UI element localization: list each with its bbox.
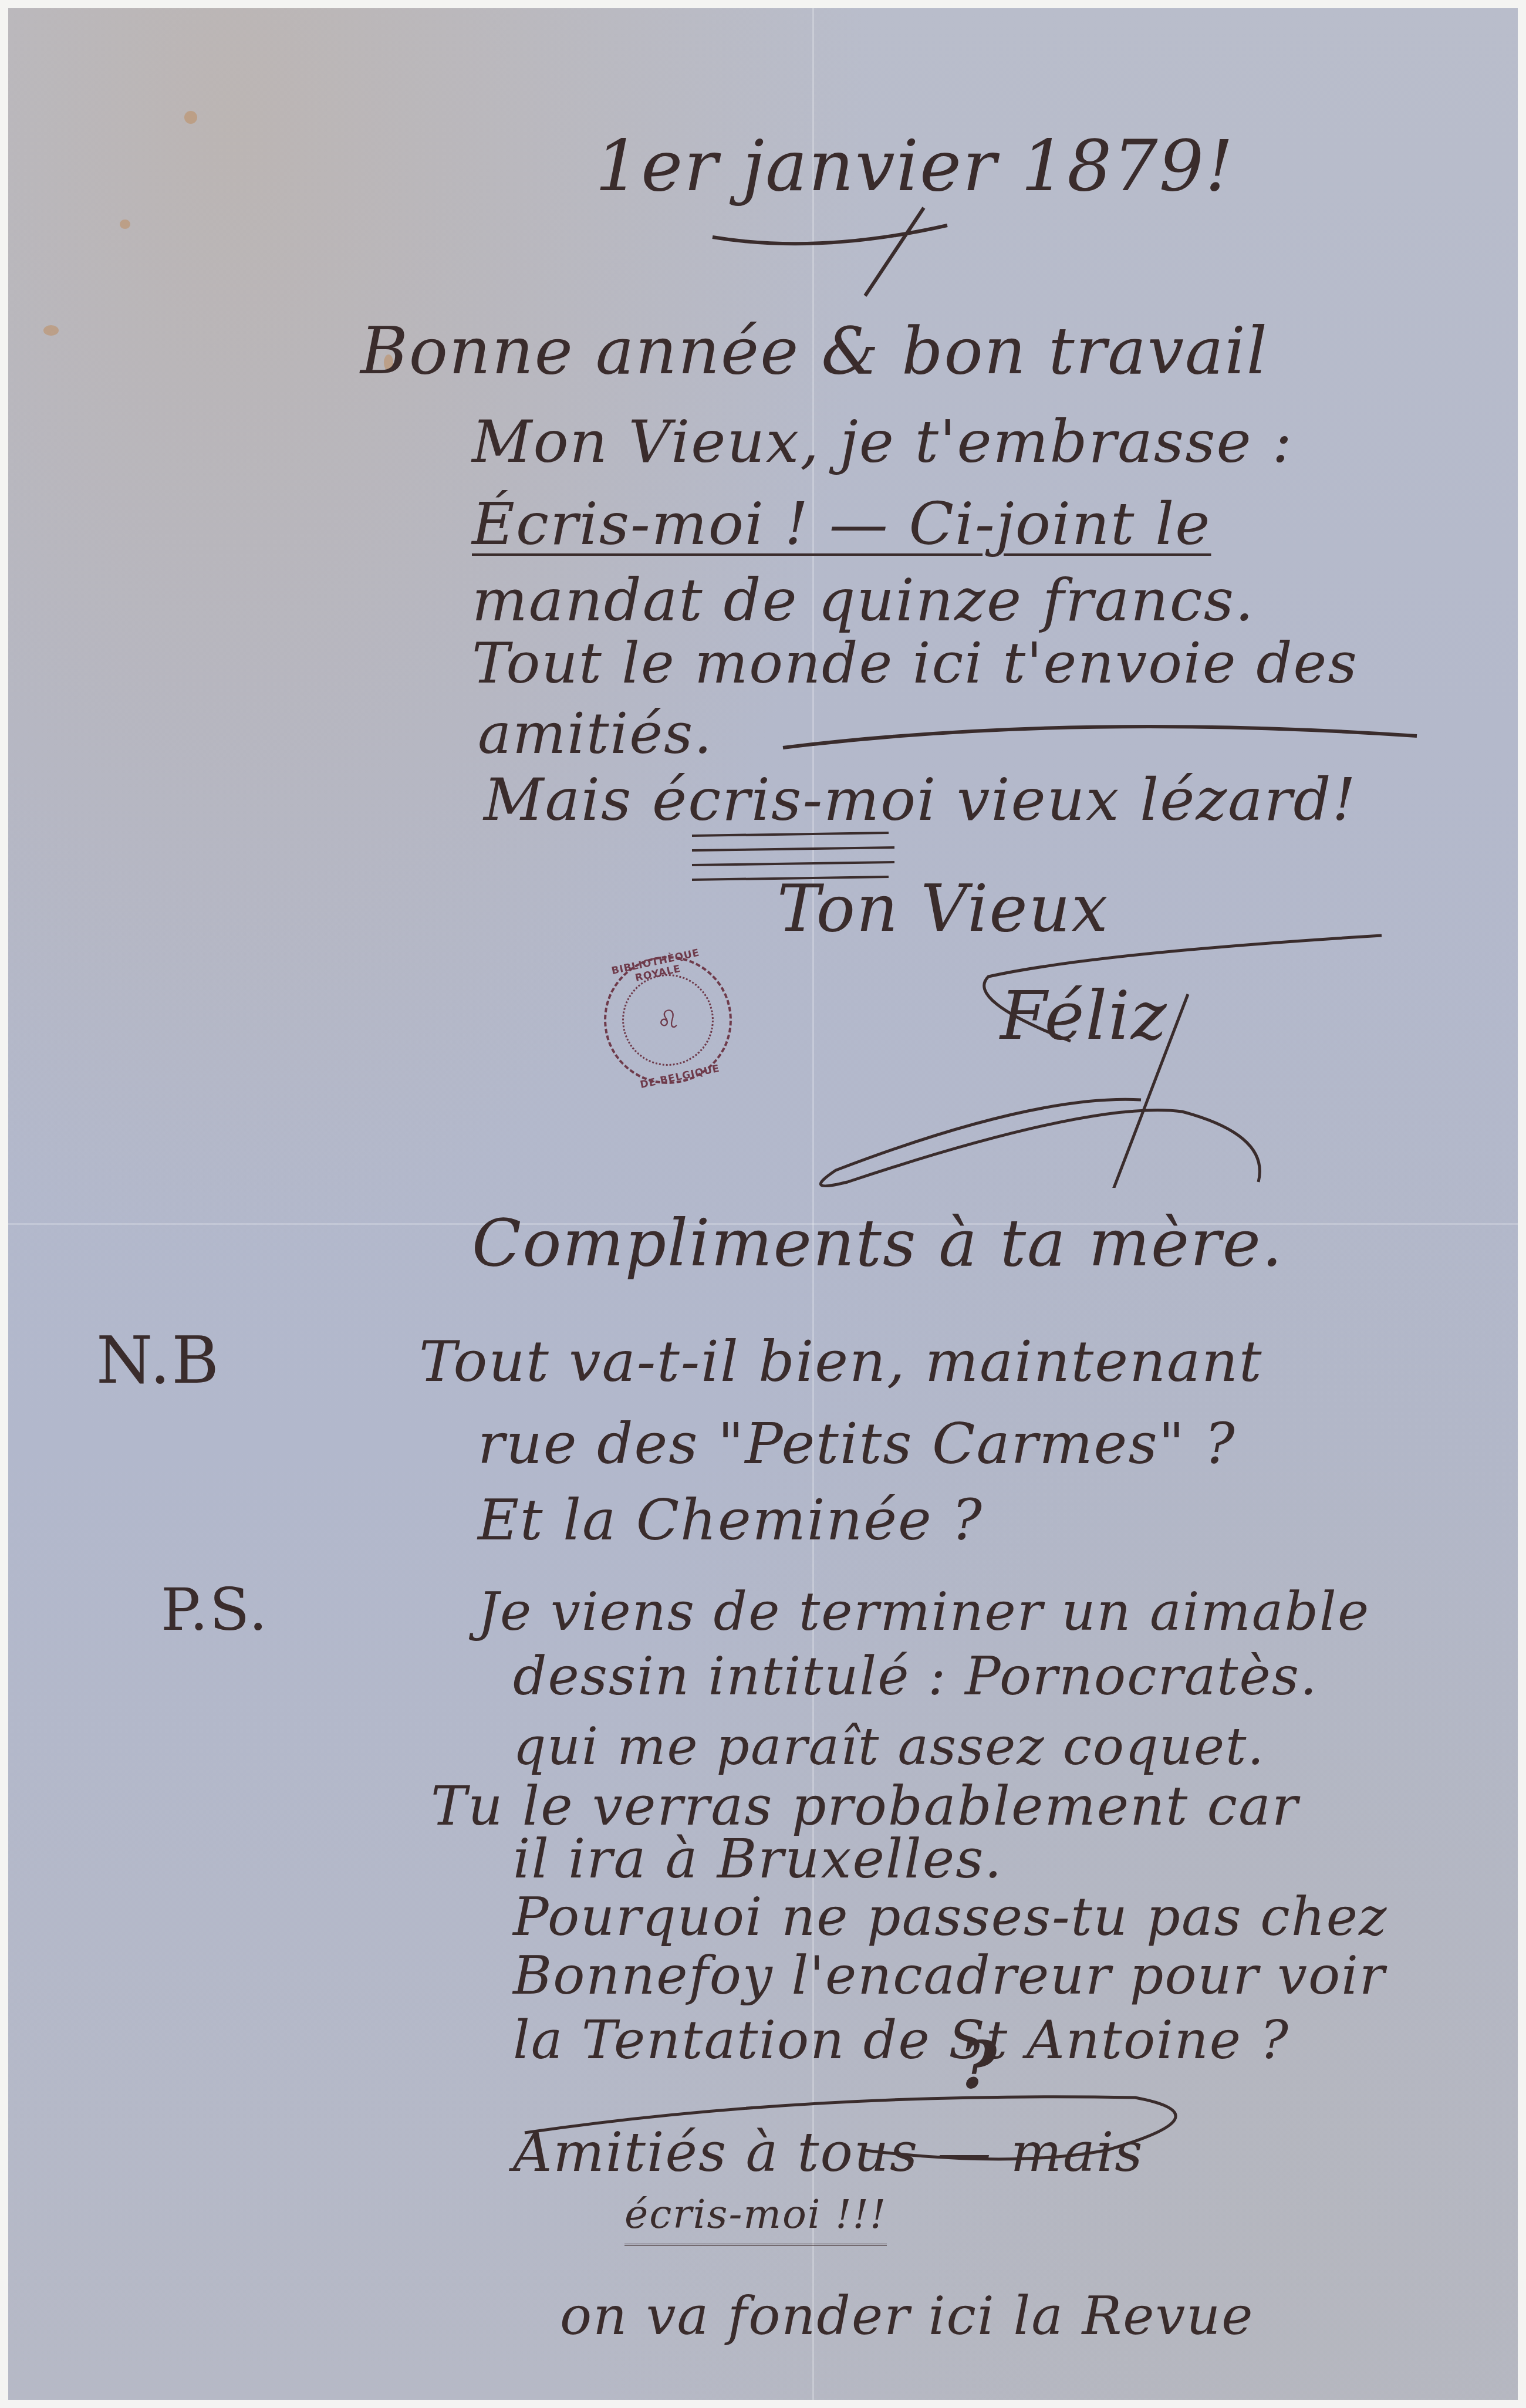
body-line-6: amitiés. (478, 701, 713, 766)
foxing-stain (43, 325, 59, 336)
nb-line-2: rue des "Petits Carmes" ? (478, 1411, 1236, 1477)
foxing-stain (184, 111, 197, 124)
body-line-2: Mon Vieux, je t'embrasse : (472, 407, 1293, 476)
library-stamp: BIBLIOTHÈQUE ROYALE ♌ DE BELGIQUE (592, 944, 744, 1096)
body-line-3: Écris-moi ! — Ci-joint le (472, 489, 1211, 558)
letter-date: 1er janvier 1879! (595, 126, 1234, 207)
compliments-line: Compliments à ta mère. (472, 1205, 1284, 1281)
body-line-1: Bonne année & bon travail (360, 313, 1268, 389)
ps-line-3: qui me paraît assez coquet. (513, 1716, 1265, 1777)
body-line-7: Mais écris-moi vieux lézard! (484, 765, 1357, 834)
signature-flourish (742, 924, 1434, 1188)
ps-line-5: il ira à Bruxelles. (513, 1828, 1003, 1890)
body-line-5: Tout le monde ici t'envoie des (472, 630, 1358, 696)
letter-paper: 1er janvier 1879! Bonne année & bon trav… (8, 8, 1518, 2400)
ps-line-10: Amitiés à tous — mais (513, 2121, 1144, 2184)
nb-line-1: Tout va-t-il bien, maintenant (419, 1329, 1263, 1394)
nb-line-3: Et la Cheminée ? (478, 1487, 983, 1553)
body-flourish (777, 701, 1452, 759)
ps-line-8: la Tentation de St Antoine ? (513, 2010, 1289, 2071)
ps-label: P.S. (161, 1575, 269, 1644)
ps-line-1: Je viens de terminer un aimable (478, 1581, 1370, 1643)
nb-label: N.B (96, 1323, 220, 1398)
ps-line-7: Bonnefoy l'encadreur pour voir (513, 1945, 1386, 2007)
ps-line-11: écris-moi !!! (624, 2191, 887, 2246)
ps-line-6: Pourquoi ne passes-tu pas chez (513, 1886, 1387, 1948)
ps-line-2: dessin intitulé : Pornocratès. (513, 1646, 1318, 1707)
body-line-4: mandat de quinze francs. (472, 566, 1255, 634)
foxing-stain (120, 219, 130, 229)
date-flourish (701, 202, 1053, 302)
ps-line-12: on va fonder ici la Revue (560, 2285, 1254, 2347)
